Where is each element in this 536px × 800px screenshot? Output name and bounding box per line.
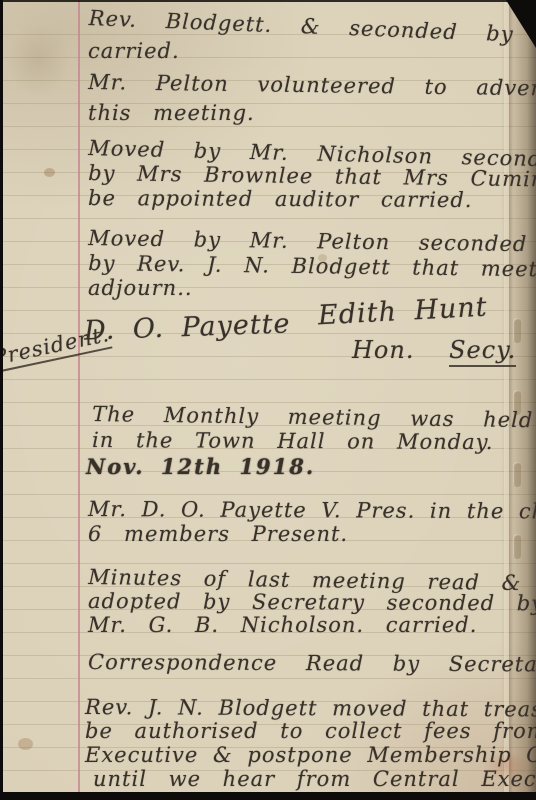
margin-rule-line — [78, 0, 80, 800]
minutes-book-page: Rev. Blodgett. & seconded by Mr. Nichols… — [0, 0, 536, 800]
paragraph-seconded-carried: Rev. Blodgett. & seconded by Mr. Nichols… — [88, 6, 536, 72]
minutes-line: be authorised to collect fees from — [85, 719, 536, 743]
minutes-line: Mr. D. O. Payette V. Pres. in the chair — [88, 497, 536, 525]
minutes-line: be appointed auditor carried. — [88, 186, 536, 214]
photo-edge-top — [0, 0, 536, 2]
paragraph-minutes-adopted: Minutes of last meeting read & adopted b… — [88, 565, 536, 637]
minutes-line: Correspondence Read by Secretary — [88, 650, 536, 676]
paragraph-monthly-meeting: The Monthly meeting was held in the Town… — [92, 402, 533, 480]
paragraph-correspondence: Correspondence Read by Secretary — [88, 650, 536, 674]
minutes-line: adopted by Secretary seconded by — [88, 589, 536, 615]
minutes-line: Executive & postpone Membership Campaign — [85, 743, 536, 767]
minutes-line: in the Town Hall on Monday. — [92, 428, 533, 456]
minutes-line: 6 members Present. — [88, 522, 536, 547]
paragraph-adjourn-motion: Moved by Mr. Pelton seconded by Rev. J. … — [88, 226, 536, 301]
secretary-title-prefix: Hon. — [352, 336, 414, 364]
paragraph-treasurer-motion: Rev. J. N. Blodgett moved that treasurer… — [85, 695, 536, 791]
photo-edge-bottom — [0, 792, 536, 800]
minutes-line: Mr. G. B. Nicholson. carried. — [88, 613, 536, 637]
secretary-title: Hon. Secy. — [352, 336, 516, 364]
paragraph-chair-attendance: Mr. D. O. Payette V. Pres. in the chair … — [88, 497, 536, 547]
secretary-title-word: Secy. — [449, 336, 516, 367]
photo-edge-left — [0, 0, 3, 800]
minutes-line: until we hear from Central Executive — [93, 767, 536, 791]
meeting-date-line: Nov. 12th 1918. — [86, 454, 533, 480]
paragraph-auditor-motion: Moved by Mr. Nicholson seconded by Mrs B… — [88, 136, 536, 211]
paragraph-pelton-advertise: Mr. Pelton volunteered to advertise this… — [88, 70, 536, 132]
minutes-line: Rev. J. N. Blodgett moved that treasurer — [85, 695, 536, 722]
